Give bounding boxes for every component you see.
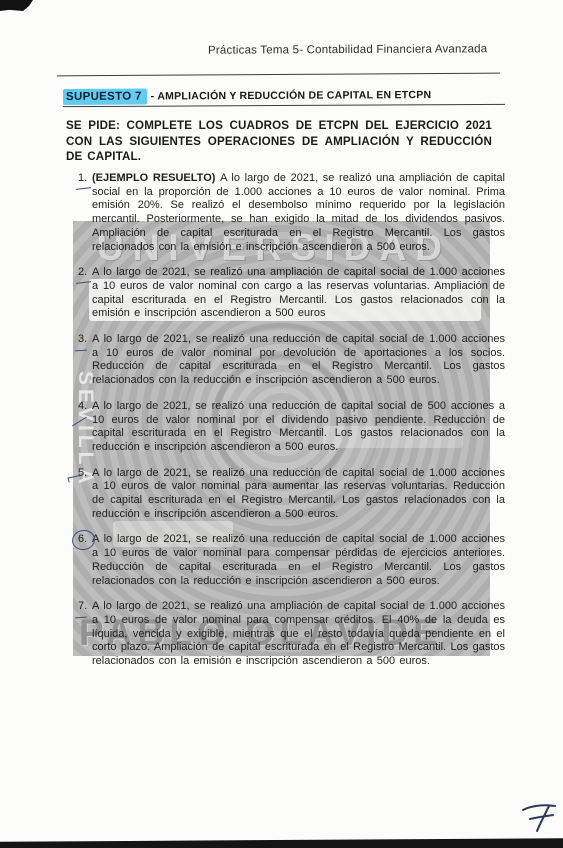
item-text: A lo largo de 2021, se realizó una ampli… — [92, 266, 505, 319]
section-tag-highlighted: SUPUESTO 7 — [63, 89, 147, 105]
item-text: A lo largo de 2021, se realizó una reduc… — [92, 400, 505, 453]
item-number: 7. — [78, 600, 92, 614]
item-text: A lo largo de 2021, se realizó una reduc… — [92, 333, 505, 386]
exercise-item: 3. A lo largo de 2021, se realizó una re… — [78, 333, 505, 388]
item-number: 6. — [78, 533, 92, 547]
section-separator: - — [151, 90, 155, 102]
pen-mark — [76, 187, 91, 190]
exercise-item: 6. A lo largo de 2021, se realizó una re… — [78, 533, 505, 588]
section-title: AMPLIACIÓN Y REDUCCIÓN DE CAPITAL EN ETC… — [157, 89, 431, 102]
item-lead-bold: (EJEMPLO RESUELTO) — [92, 172, 220, 184]
document-header: Prácticas Tema 5- Contabilidad Financier… — [208, 43, 487, 56]
pen-mark — [76, 281, 91, 284]
exercise-item: 1. (EJEMPLO RESUELTO) A lo largo de 2021… — [78, 172, 505, 254]
horizontal-rule-top — [57, 73, 500, 77]
exercise-item: 5. A lo largo de 2021, se realizó una re… — [78, 467, 505, 522]
item-text: A lo largo de 2021, se realizó una ampli… — [92, 600, 505, 667]
item-text: A lo largo de 2021, se realizó una ampli… — [92, 172, 505, 253]
item-number: 4. — [78, 400, 92, 414]
handwritten-page-number-7 — [520, 798, 558, 834]
item-number: 3. — [78, 333, 92, 347]
exercise-list: 1. (EJEMPLO RESUELTO) A lo largo de 2021… — [78, 172, 505, 681]
instruction-paragraph: SE PIDE: COMPLETE LOS CUADROS DE ETCPN D… — [66, 118, 492, 165]
scanned-document-page: Prácticas Tema 5- Contabilidad Financier… — [0, 0, 563, 848]
scan-artifact-top-left — [0, 0, 33, 11]
exercise-item: 7. A lo largo de 2021, se realizó una am… — [78, 600, 505, 669]
item-number: 1. — [78, 172, 92, 186]
item-number: 5. — [78, 467, 92, 481]
exercise-item: 2. A lo largo de 2021, se realizó una am… — [78, 266, 505, 321]
scan-artifact-bottom-bar — [0, 838, 563, 848]
item-text: A lo largo de 2021, se realizó una reduc… — [92, 533, 505, 586]
item-number: 2. — [78, 266, 92, 280]
section-heading: SUPUESTO 7-AMPLIACIÓN Y REDUCCIÓN DE CAP… — [63, 85, 431, 105]
exercise-item: 4. A lo largo de 2021, se realizó una re… — [78, 400, 505, 455]
item-text: A lo largo de 2021, se realizó una reduc… — [92, 467, 505, 520]
